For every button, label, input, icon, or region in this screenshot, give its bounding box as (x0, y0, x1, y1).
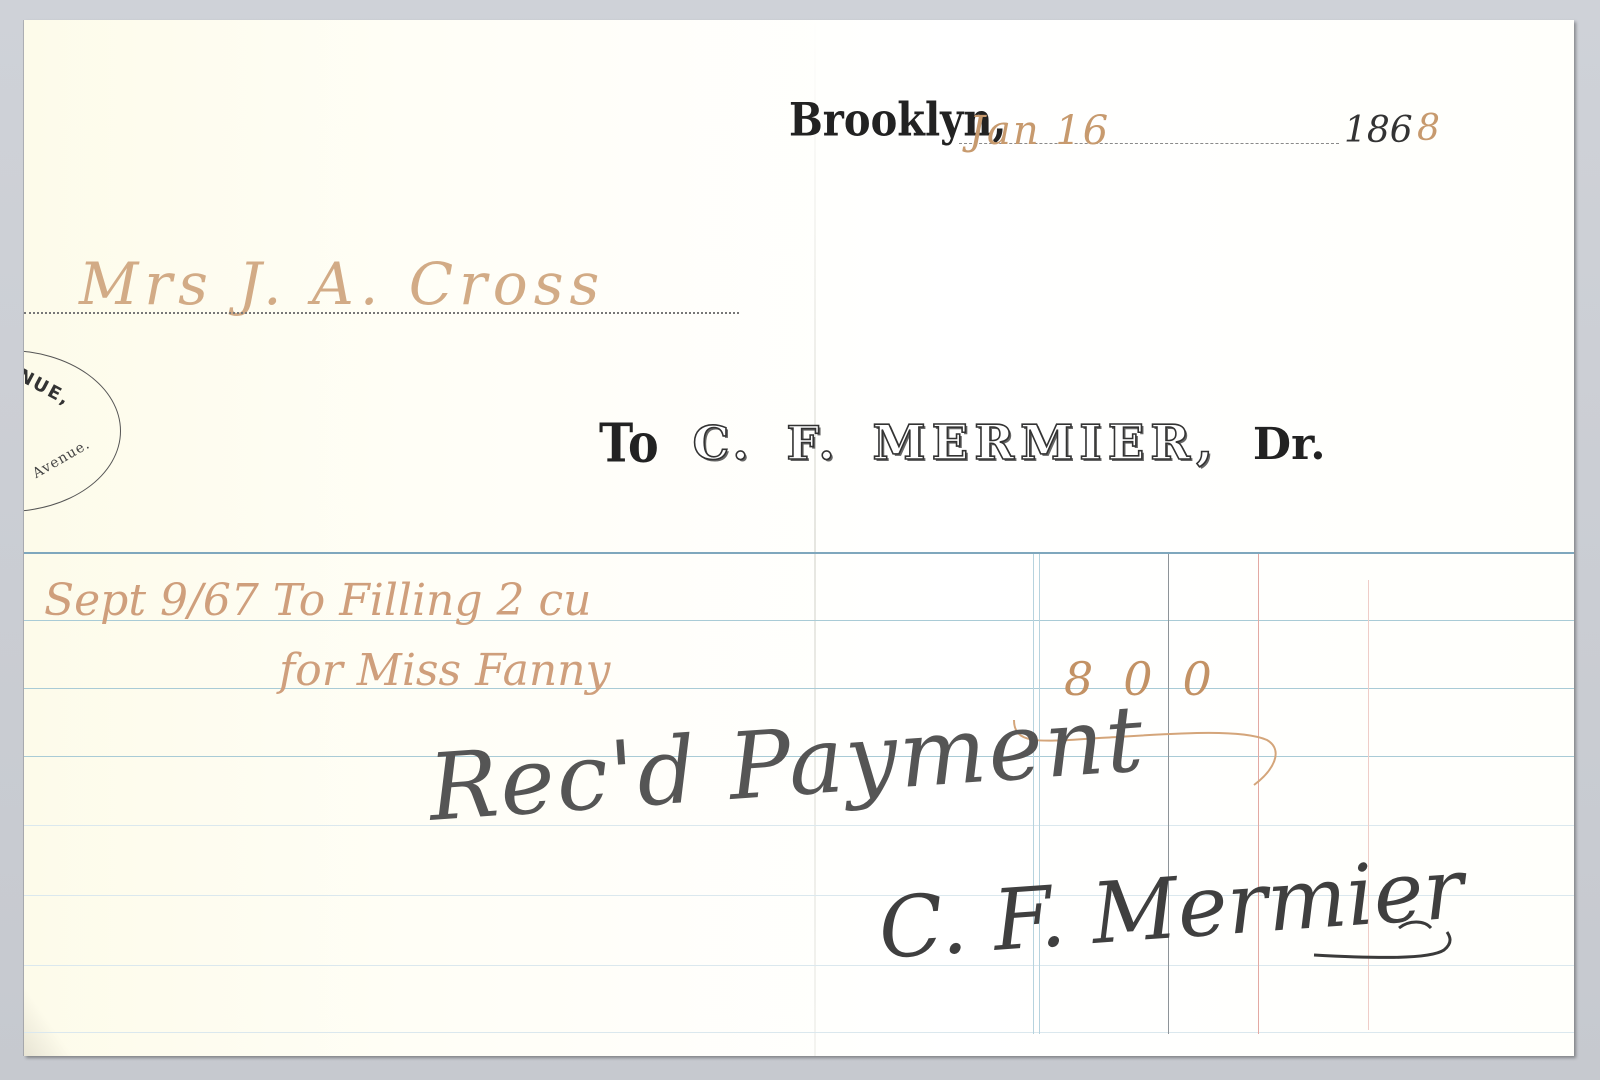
debtor-suffix: Dr. (1253, 419, 1326, 470)
date-handwritten: Jan 16 (969, 108, 1110, 154)
initial-c: C. (693, 416, 753, 470)
year-handwritten: 8 (1417, 108, 1440, 149)
recipient-name: Mrs J. A. Cross (79, 250, 605, 318)
year-printed: 186 (1344, 110, 1413, 151)
ledger-rule (24, 688, 1574, 689)
ledger-rule (24, 1032, 1574, 1033)
ledger-entry-line-2: for Miss Fanny (279, 645, 610, 696)
column-rule-red (1258, 554, 1259, 1034)
merchant-name: MERMIER, (873, 415, 1219, 471)
ledger-rule (24, 825, 1574, 826)
ledger-top-rule (24, 552, 1574, 554)
column-rule-dark (1168, 554, 1169, 1034)
recipient-dotted-line (24, 312, 739, 314)
billing-heading: To C. F. MERMIER, Dr. (599, 415, 1326, 471)
signature-flourish (1309, 900, 1459, 970)
bill-paper: Brooklyn, Jan 16 186 8 Mrs J. A. Cross N… (24, 20, 1574, 1056)
corner-crease (24, 966, 84, 1056)
scanned-document: Brooklyn, Jan 16 186 8 Mrs J. A. Cross N… (0, 0, 1600, 1080)
ledger-entry-line-1: Sept 9/67 To Filling 2 cu (44, 575, 592, 626)
initial-f: F. (786, 416, 838, 470)
fold-crease (814, 20, 816, 1056)
to-label: To (599, 412, 659, 474)
